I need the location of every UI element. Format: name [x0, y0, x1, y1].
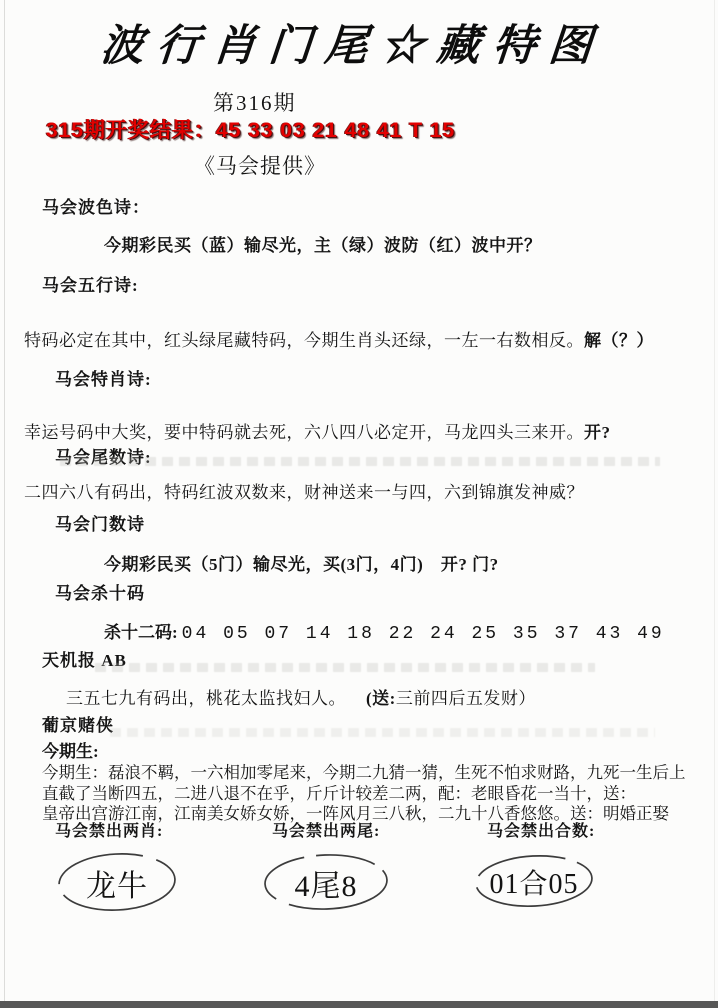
section-heading-gate-number-poem: 马会门数诗 [55, 510, 145, 535]
sheet-title: 波行肖门尾☆藏特图 [67, 12, 638, 73]
forbidden-tail-oval: 4尾8 [261, 852, 391, 914]
poem-text: 幸运号码中大奖，要中特码就去死，六八四八必定开，马龙四头三来开。 [24, 423, 584, 442]
scan-bottom-bar [0, 1001, 718, 1008]
scan-edge-right [714, 0, 715, 1008]
forbidden-sum-oval: 01合05 [472, 853, 596, 911]
wave-color-poem-line: 今期彩民买（蓝）输尽光，主（绿）波防（红）波中开？ [104, 231, 542, 256]
poem-text: 特码必定在其中，红头绿尾藏特码，今期生肖头还绿，一左一右数相反。 [24, 331, 584, 350]
forbidden-zodiac-oval: 龙牛 [55, 851, 179, 915]
send-text: 三前四后五发财） [396, 689, 536, 708]
tail-number-poem-line: 二四六八有码出，特码红波双数来，财神送来一与四，六到锦旗发神威？ [24, 478, 584, 503]
forbidden-tail-label: 马会禁出两尾: [272, 818, 380, 841]
section-heading-pujing-gambler: 葡京赌侠 [42, 711, 114, 736]
five-elements-poem-line: 特码必定在其中，红头绿尾藏特码，今期生肖头还绿，一左一右数相反。解（？） [24, 326, 654, 351]
heaven-report-line: 三五七九有码出，桃花太监找妇人。(送:三前四后五发财） [66, 684, 536, 709]
section-heading-wave-color-poem: 马会波色诗： [42, 193, 150, 218]
faded-print-artifact [95, 663, 595, 672]
section-heading-five-elements-poem: 马会五行诗: [42, 271, 139, 296]
faded-print-artifact [110, 728, 655, 737]
special-zodiac-poem-line: 幸运号码中大奖，要中特码就去死，六八四八必定开，马龙四头三来开。开? [24, 418, 611, 443]
kill-twelve-codes-line: 杀十二码:04 05 07 14 18 22 24 25 35 37 43 49 [104, 618, 665, 644]
faded-print-artifact [60, 457, 660, 466]
section-heading-special-zodiac-poem: 马会特肖诗: [55, 365, 152, 390]
kill-codes-numbers: 04 05 07 14 18 22 24 25 35 37 43 49 [182, 624, 665, 644]
kill-codes-label: 杀十二码: [104, 623, 178, 642]
poem-text: 三五七九有码出，桃花太监找妇人。 [66, 689, 346, 708]
lottery-tip-sheet: 波行肖门尾☆藏特图 第316期 315期开奖结果：45 33 03 21 48 … [0, 0, 718, 1008]
forbidden-tail-value: 4尾8 [295, 861, 358, 905]
poem-answer-hint: 开? [584, 423, 611, 442]
forbidden-zodiac-label: 马会禁出两肖: [55, 818, 163, 841]
section-heading-kill-ten-codes: 马会杀十码 [55, 579, 145, 604]
issue-number: 第316期 [213, 87, 297, 117]
poem-answer-hint: 解（？） [584, 331, 654, 350]
gate-number-poem-line: 今期彩民买（5门）输尽光，买(3门，4门) 开? 门? [104, 550, 499, 575]
send-label: (送: [366, 689, 396, 708]
provider-note: 《马会提供》 [0, 150, 520, 180]
forbidden-zodiac-value: 龙牛 [86, 861, 148, 905]
previous-draw-result: 315期开奖结果：45 33 03 21 48 41 T 15 [46, 114, 455, 144]
forbidden-sum-value: 01合05 [489, 862, 578, 902]
forbidden-sum-label: 马会禁出合数: [487, 818, 595, 841]
